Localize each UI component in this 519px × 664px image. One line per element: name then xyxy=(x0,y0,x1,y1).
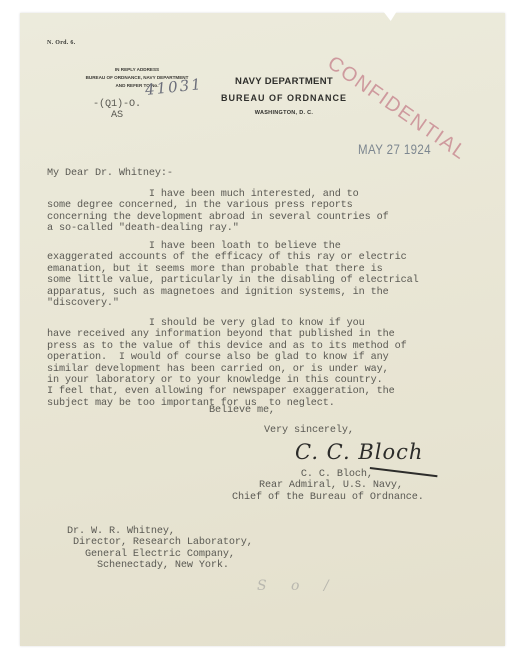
body-paragraph-3: I should be very glad to know if you hav… xyxy=(47,318,407,409)
handwritten-signature: C. C. Bloch xyxy=(295,440,423,464)
pencil-mark: S o / xyxy=(257,578,339,594)
closing-phrase: Believe me, xyxy=(209,405,275,416)
reply-instruction-line: IN REPLY ADDRESS xyxy=(52,67,222,72)
form-number: N. Ord. 6. xyxy=(47,40,76,46)
typed-reference-code: -(Q1)-O. xyxy=(93,99,141,110)
typed-reference-initials: AS xyxy=(111,110,123,121)
salutation: My Dear Dr. Whitney:- xyxy=(47,168,173,179)
date-received-stamp: MAY 27 1924 xyxy=(358,141,431,157)
letterhead-bureau: BUREAU OF ORDNANCE xyxy=(184,93,384,103)
signer-block: C. C. Bloch, Rear Admiral, U.S. Navy, Ch… xyxy=(232,469,424,503)
body-paragraph-1: I have been much interested, and to some… xyxy=(47,189,389,235)
body-paragraph-2: I have been loath to believe the exagger… xyxy=(47,241,419,309)
recipient-address-block: Dr. W. R. Whitney, Director, Research La… xyxy=(67,526,253,572)
letterhead-location: WASHINGTON, D. C. xyxy=(184,110,384,116)
complimentary-close: Very sincerely, xyxy=(264,425,354,436)
